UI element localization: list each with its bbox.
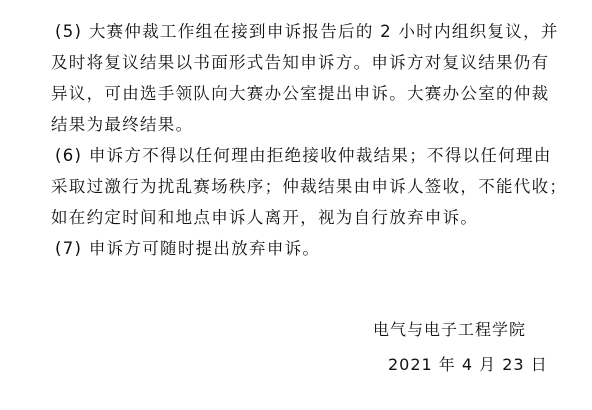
paragraph-6-line-3: 如在约定时间和地点申诉人离开，视为自行放弃申诉。 — [51, 208, 478, 228]
signature-organization: 电气与电子工程学院 — [373, 320, 526, 340]
paragraph-5-line-2: 及时将复议结果以书面形式告知申诉方。申诉方对复议结果仍有 — [51, 53, 549, 73]
signature-date: 2021 年 4 月 23 日 — [388, 355, 548, 375]
paragraph-6-line-2: 采取过激行为扰乱赛场秩序；仲裁结果由申诉人签收，不能代收； — [51, 177, 567, 197]
paragraph-7-line-1: (7) 申诉方可随时提出放弃申诉。 — [55, 239, 320, 259]
document-page: (5) 大赛仲裁工作组在接到申诉报告后的 2 小时内组织复议，并 及时将复议结果… — [0, 0, 592, 410]
paragraph-5-line-4: 结果为最终结果。 — [51, 115, 193, 135]
paragraph-5-line-1: (5) 大赛仲裁工作组在接到申诉报告后的 2 小时内组织复议，并 — [55, 22, 559, 42]
paragraph-5-line-3: 异议，可由选手领队向大赛办公室提出申诉。大赛办公室的仲裁 — [51, 84, 549, 104]
paragraph-6-line-1: (6) 申诉方不得以任何理由拒绝接收仲裁结果；不得以任何理由 — [55, 146, 552, 166]
